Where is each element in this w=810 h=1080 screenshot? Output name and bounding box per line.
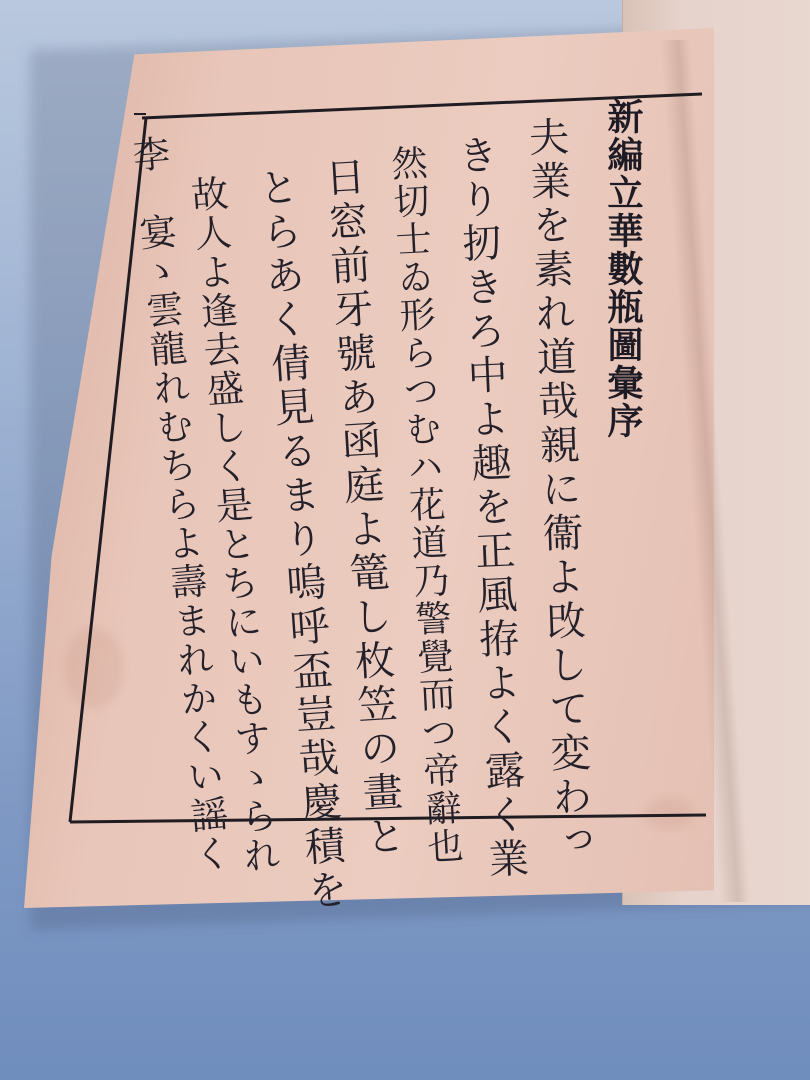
book-title: 新編立華數瓶圖彙序 [604,98,640,440]
